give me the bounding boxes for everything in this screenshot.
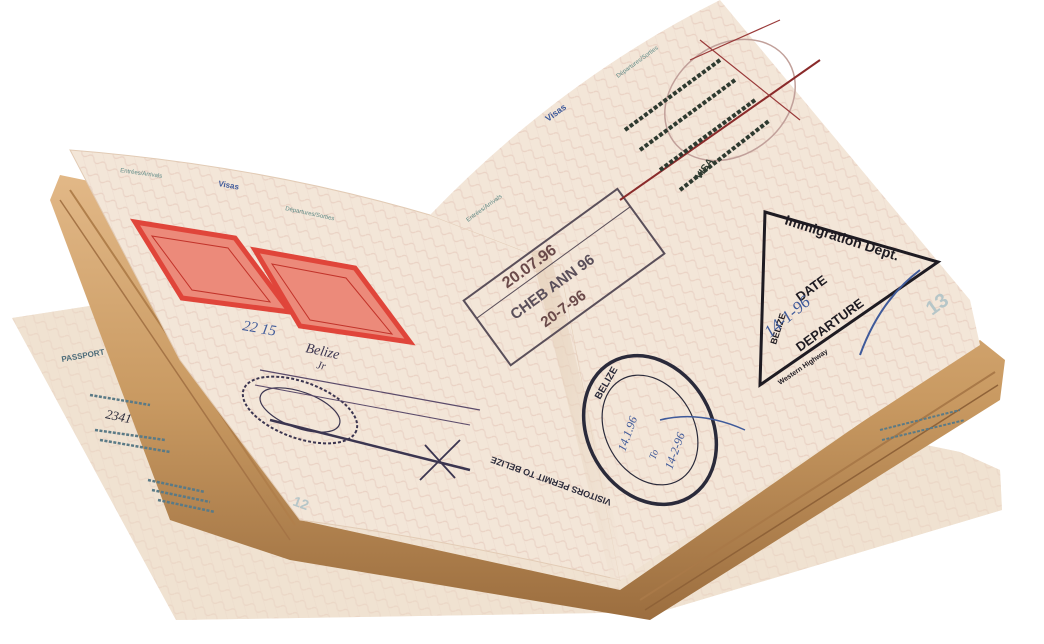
passport-photo: Entrées/Arrivals Visas Départures/Sortie… xyxy=(0,0,1044,644)
